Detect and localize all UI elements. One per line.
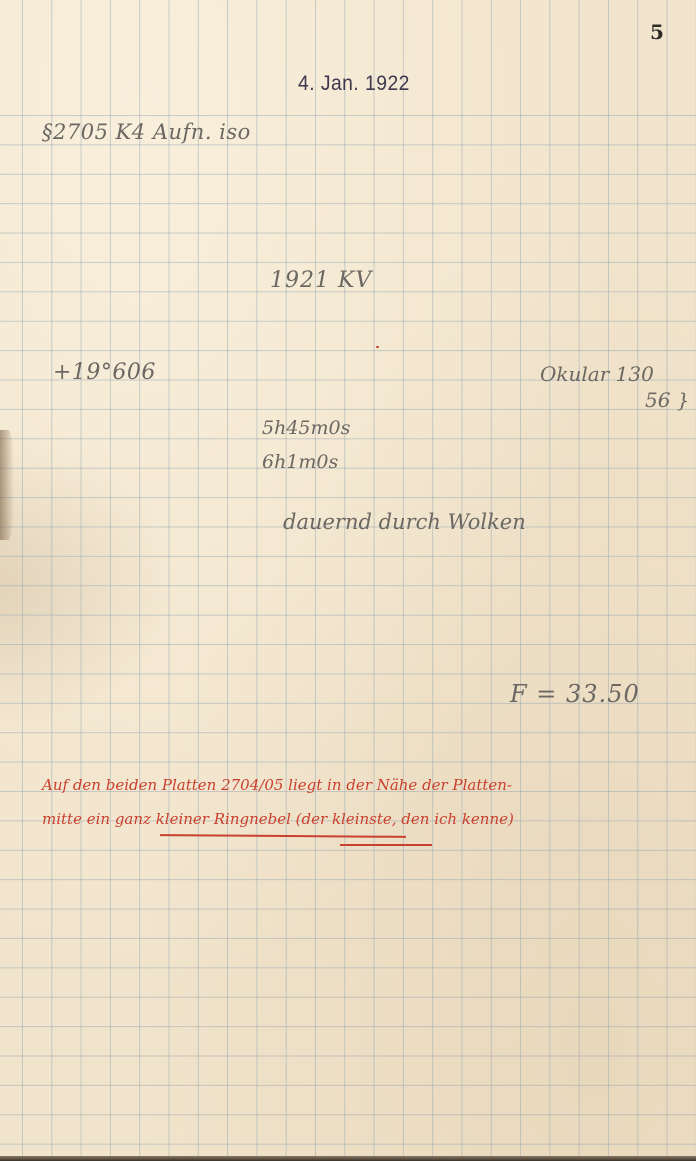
binding-stain	[0, 430, 14, 540]
weather-note: dauernd durch Wolken	[283, 510, 526, 534]
red-ink-dot	[376, 346, 379, 348]
notebook-page: 5 4. Jan. 1922 §2705 K4 Aufn. iso 1921 K…	[0, 0, 696, 1161]
page-bottom-edge	[0, 1156, 696, 1161]
declination-note: +19°606	[53, 360, 156, 385]
red-note-line-2: mitte ein ganz kleiner Ringnebel (der kl…	[42, 810, 514, 828]
date-stamp: 4. Jan. 1922	[298, 72, 410, 96]
focus-value: F = 33.50	[510, 680, 640, 708]
exposure-end-time: 6h1m0s	[262, 451, 338, 473]
red-double-underline	[340, 844, 432, 846]
eyepiece-note-2: 56 }	[645, 388, 690, 412]
exposure-start-time: 5h45m0s	[262, 417, 350, 439]
page-number: 5	[650, 20, 664, 44]
eyepiece-note: Okular 130	[540, 362, 654, 386]
plate-reference: §2705 K4 Aufn. iso	[42, 120, 251, 144]
object-designation: 1921 KV	[270, 268, 372, 293]
red-note-line-1: Auf den beiden Platten 2704/05 liegt in …	[42, 776, 512, 794]
